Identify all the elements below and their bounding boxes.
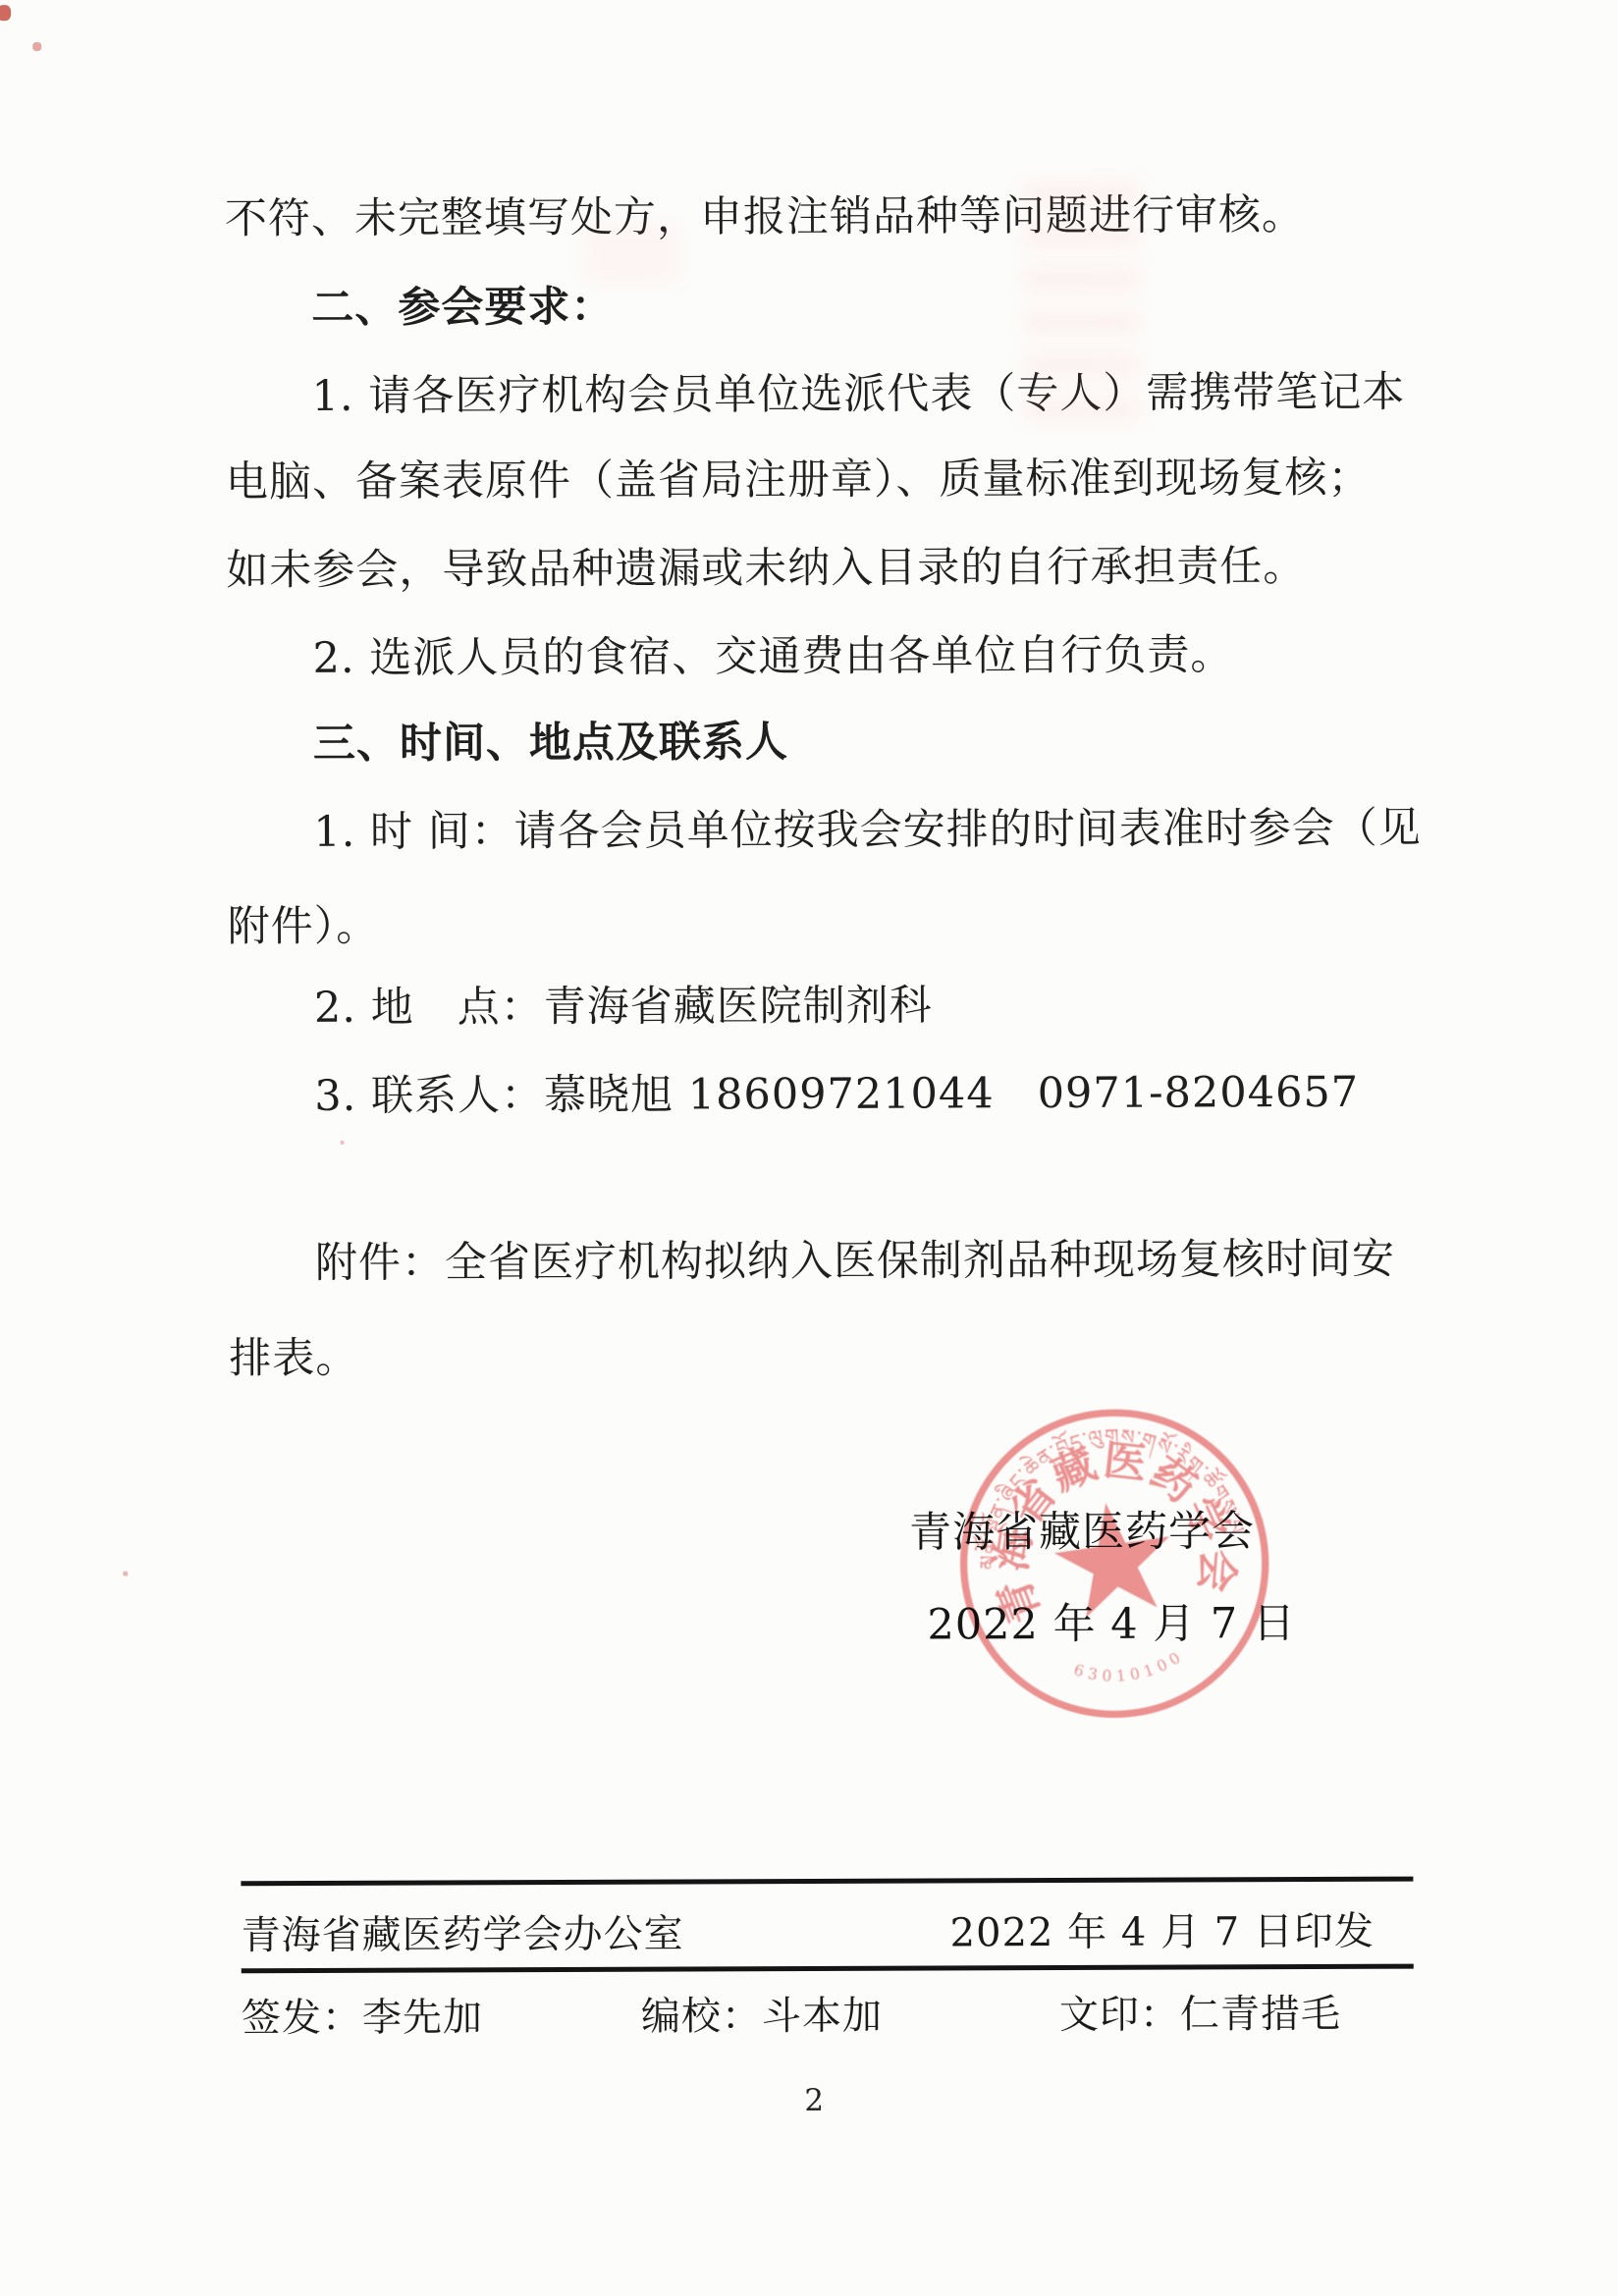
section-heading-2: 二、参会要求： xyxy=(225,284,614,333)
footer-editor: 编校：斗本加 xyxy=(641,1985,883,2042)
body-line: 附件）。 xyxy=(228,903,380,951)
ink-speck xyxy=(0,5,11,21)
footer-signer: 签发：李先加 xyxy=(242,1986,483,2043)
body-line: 不符、未完整填写处方，申报注销品种等问题进行审核。 xyxy=(225,191,1305,242)
page-number: 2 xyxy=(804,2083,824,2118)
seal-serial-number: 63010100 xyxy=(1069,1645,1190,1692)
ink-speck xyxy=(123,1572,128,1576)
scanned-document-page: 不符、未完整填写处方，申报注销品种等问题进行审核。 二、参会要求： 1. 请各医… xyxy=(0,0,1618,2296)
attachment-line: 排表。 xyxy=(229,1335,358,1383)
footer-top-rule xyxy=(241,1877,1413,1887)
ink-speck xyxy=(32,42,41,51)
seal-star-icon xyxy=(1049,1495,1179,1621)
body-line-location: 2. 地 点：青海省藏医院制剂科 xyxy=(228,983,933,1033)
section-heading-3: 三、时间、地点及联系人 xyxy=(227,719,788,768)
footer-bottom-rule xyxy=(242,1964,1414,1974)
footer-office: 青海省藏医药学会办公室 xyxy=(242,1902,684,1960)
official-seal-stamp: མཚོ་སྔོན་ཞིང་ཆེན་བོད་ལུགས་གསོ་རིག་ཚོགས་པ… xyxy=(930,1379,1299,1748)
attachment-line: 附件：全省医疗机构拟纳入医保制剂品种现场复核时间安 xyxy=(229,1236,1395,1288)
body-line: 1. 请各医疗机构会员单位选派代表（专人）需携带笔记本 xyxy=(226,369,1406,421)
body-line-contact: 3. 联系人：慕晓旭 18609721044 0971-8204657 xyxy=(228,1069,1359,1120)
body-line: 电脑、备案表原件（盖省局注册章）、质量标准到现场复核； xyxy=(226,454,1372,506)
ink-speck xyxy=(341,1141,345,1145)
body-line: 如未参会，导致品种遗漏或未纳入目录的自行承担责任。 xyxy=(226,543,1306,594)
footer-typist: 文印：仁青措毛 xyxy=(1059,1983,1341,2040)
body-line: 2. 选派人员的食宿、交通费由各单位自行负责。 xyxy=(227,631,1234,682)
scan-content: 不符、未完整填写处方，申报注销品种等问题进行审核。 二、参会要求： 1. 请各医… xyxy=(0,0,1618,2296)
body-line: 1. 时 间：请各会员单位按我会安排的时间表准时参会（见 xyxy=(227,805,1422,857)
footer-print-date: 2022 年 4 月 7 日印发 xyxy=(950,1900,1375,1958)
